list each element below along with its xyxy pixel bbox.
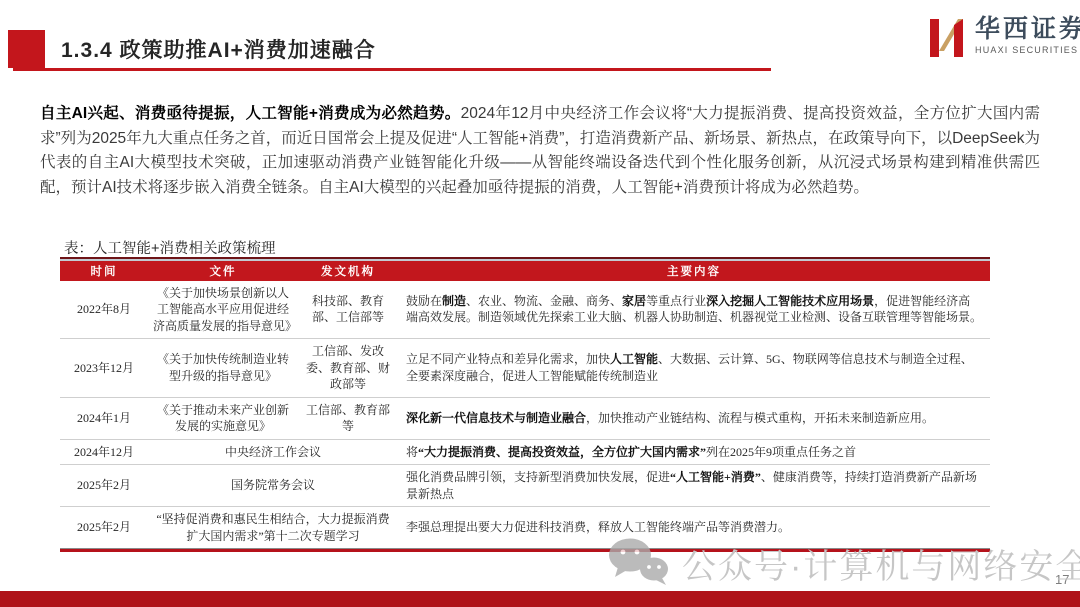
table-row: 2023年12月《关于加快传统制造业转型升级的指导意见》工信部、发改委、教育部、… [60,339,990,398]
cell-issuing-org: 工信部、教育部等 [298,397,398,439]
table-row: 2024年12月中央经济工作会议将“大力提振消费、提高投资效益，全方位扩大国内需… [60,439,990,465]
huaxi-logo-icon [928,17,966,59]
policy-table: 时间文件发文机构主要内容 2022年8月《关于加快场景创新以人工智能高水平应用促… [60,261,990,549]
cell-time: 2025年2月 [60,507,148,549]
huaxi-logo: 华西证券 HUAXI SECURITIES [928,17,1080,59]
header-accent-square [8,30,45,68]
wechat-icon [608,536,670,591]
cell-document: “坚持促消费和惠民生相结合，大力提振消费扩大国内需求”第十二次专题学习 [148,507,398,549]
table-header-row: 时间文件发文机构主要内容 [60,261,990,281]
logo-cn-text: 华西证券 [975,17,1080,42]
intro-paragraph: 自主AI兴起、消费亟待提振，人工智能+消费成为必然趋势。2024年12月中央经济… [40,102,1040,200]
cell-time: 2022年8月 [60,281,148,339]
cell-document: 《关于推动未来产业创新发展的实施意见》 [148,397,298,439]
table-row: 2022年8月《关于加快场景创新以人工智能高水平应用促进经济高质量发展的指导意见… [60,281,990,339]
table-caption: 表：人工智能+消费相关政策梳理 [64,237,275,258]
cell-document: 《关于加快传统制造业转型升级的指导意见》 [148,339,298,398]
table-header-cell: 文件 [148,261,298,281]
cell-time: 2024年12月 [60,439,148,465]
cell-main-content: 将“大力提振消费、提高投资效益，全方位扩大国内需求”列在2025年9项重点任务之… [398,439,990,465]
cell-document: 国务院常务会议 [148,465,398,507]
table-header-cell: 主要内容 [398,261,990,281]
table-row: 2024年1月《关于推动未来产业创新发展的实施意见》工信部、教育部等深化新一代信… [60,397,990,439]
intro-lead: 自主AI兴起、消费亟待提振，人工智能+消费成为必然趋势。 [40,105,461,122]
page-title: 1.3.4 政策助推AI+消费加速融合 [61,34,376,64]
cell-document: 《关于加快场景创新以人工智能高水平应用促进经济高质量发展的指导意见》 [148,281,298,339]
table-header-cell: 发文机构 [298,261,398,281]
cell-document: 中央经济工作会议 [148,439,398,465]
cell-time: 2025年2月 [60,465,148,507]
cell-issuing-org: 工信部、发改委、教育部、财政部等 [298,339,398,398]
cell-main-content: 强化消费品牌引领，支持新型消费加快发展，促进“人工智能+消费”、健康消费等，持续… [398,465,990,507]
table-header-cell: 时间 [60,261,148,281]
cell-main-content: 鼓励在制造、农业、物流、金融、商务、家居等重点行业深入挖掘人工智能技术应用场景，… [398,281,990,339]
page-root: { "header": { "title": "1.3.4 政策助推AI+消费加… [0,0,1080,607]
watermark: 公众号·计算机与网络安全 [608,536,1080,591]
watermark-text: 公众号·计算机与网络安全 [682,539,1080,588]
cell-time: 2023年12月 [60,339,148,398]
table-row: 2025年2月国务院常务会议强化消费品牌引领，支持新型消费加快发展，促进“人工智… [60,465,990,507]
logo-en-text: HUAXI SECURITIES [975,46,1080,55]
cell-time: 2024年1月 [60,397,148,439]
cell-main-content: 立足不同产业特点和差异化需求，加快人工智能、大数据、云计算、5G、物联网等信息技… [398,339,990,398]
policy-table-wrap: 时间文件发文机构主要内容 2022年8月《关于加快场景创新以人工智能高水平应用促… [60,257,990,552]
title-divider-line [13,68,771,71]
huaxi-logo-text: 华西证券 HUAXI SECURITIES [975,17,1080,55]
bottom-red-bar [0,591,1080,607]
cell-main-content: 深化新一代信息技术与制造业融合，加快推动产业链结构、流程与模式重构，开拓未来制造… [398,397,990,439]
policy-table-body: 2022年8月《关于加快场景创新以人工智能高水平应用促进经济高质量发展的指导意见… [60,281,990,549]
cell-issuing-org: 科技部、教育部、工信部等 [298,281,398,339]
